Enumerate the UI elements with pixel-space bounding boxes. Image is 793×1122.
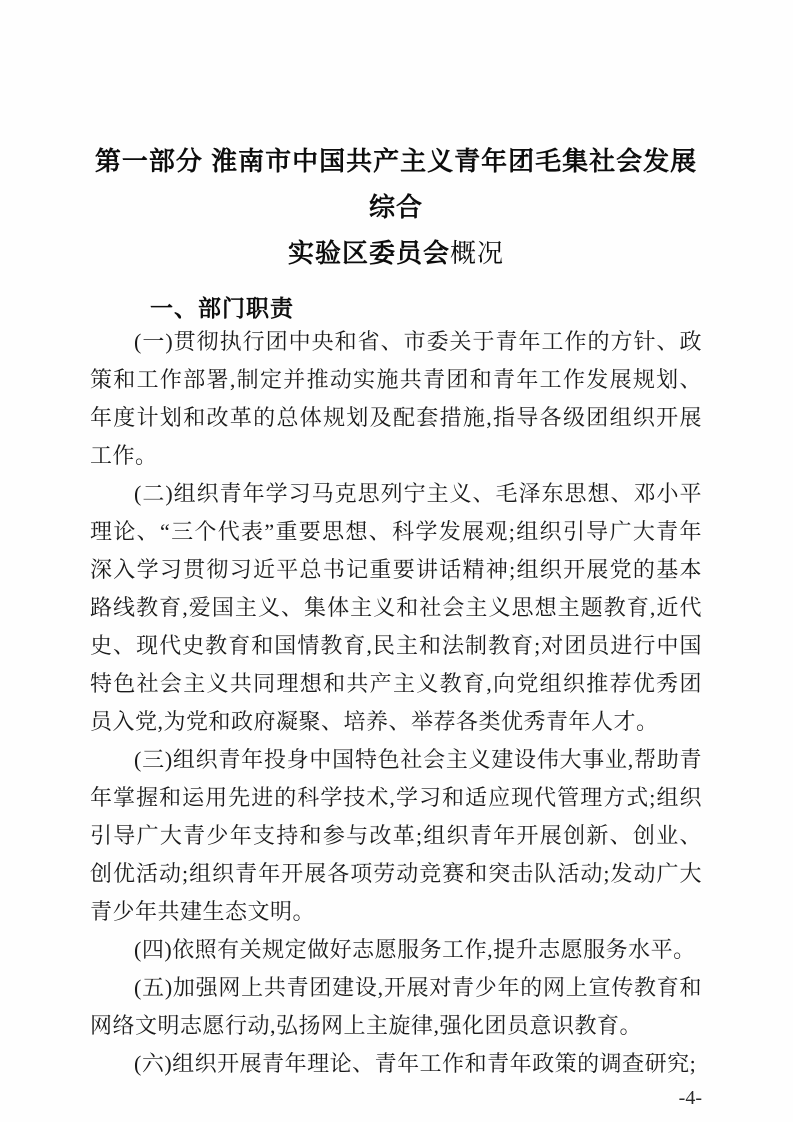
paragraph-duty-2: (二)组织青年学习马克思列宁主义、毛泽东思想、邓小平理论、“三个代表”重要思想、… [90,475,702,741]
page-number: -4- [90,1085,702,1111]
title-line-1: 第一部分 淮南市中国共产主义青年团毛集社会发展综合 [90,138,702,230]
paragraph-duty-5: (五)加强网上共青团建设,开展对青少年的网上宣传教育和网络文明志愿行动,弘扬网上… [90,969,702,1045]
title-line-2-regular: 概况 [450,239,504,268]
section-heading-duties: 一、部门职责 [90,293,702,323]
paragraph-duty-1: (一)贯彻执行团中央和省、市委关于青年工作的方针、政策和工作部署,制定并推动实施… [90,323,702,475]
paragraph-duty-6: (六)组织开展青年理论、青年工作和青年政策的调查研究; [90,1045,702,1083]
document-page: 第一部分 淮南市中国共产主义青年团毛集社会发展综合 实验区委员会概况 一、部门职… [0,0,793,1122]
document-content: 第一部分 淮南市中国共产主义青年团毛集社会发展综合 实验区委员会概况 一、部门职… [90,0,702,1111]
title-line-2: 实验区委员会概况 [90,230,702,277]
paragraph-duty-4: (四)依照有关规定做好志愿服务工作,提升志愿服务水平。 [90,931,702,969]
paragraph-duty-3: (三)组织青年投身中国特色社会主义建设伟大事业,帮助青年掌握和运用先进的科学技术… [90,741,702,931]
document-title: 第一部分 淮南市中国共产主义青年团毛集社会发展综合 实验区委员会概况 [90,138,702,277]
title-line-2-bold: 实验区委员会 [288,238,450,268]
